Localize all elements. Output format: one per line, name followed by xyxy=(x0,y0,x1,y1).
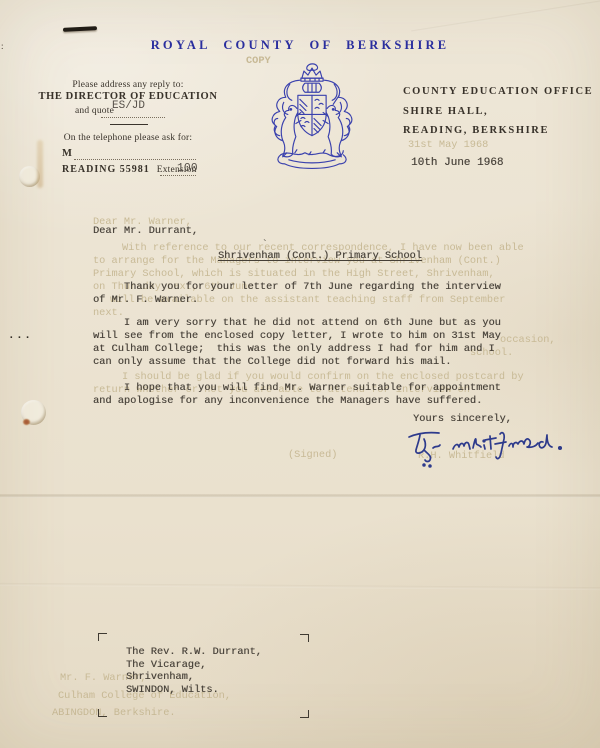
text-line: The Rev. R.W. Durrant, xyxy=(126,646,262,659)
text-line: ABINGDON, Berkshire. xyxy=(52,707,176,720)
text-line: can only assume that the College did not… xyxy=(93,356,501,369)
text-line: of Mr. F. Warner. xyxy=(93,294,501,307)
scanned-letter-page: : COPY31st May 1968Dear Mr. Warner,With … xyxy=(0,0,600,748)
text-line: will see from the enclosed copy letter, … xyxy=(93,330,501,343)
staple-mark xyxy=(63,26,97,32)
text-line: 31st May 1968 xyxy=(408,139,488,152)
office-line-1: COUNTY EDUCATION OFFICE xyxy=(403,86,593,97)
text-line: SWINDON, Wilts. xyxy=(126,684,262,697)
closing-phrase: Yours sincerely, xyxy=(413,413,512,426)
text-line: I hope that you will find Mr. Warner sui… xyxy=(93,382,501,395)
extension-value: 100 xyxy=(177,162,198,175)
extension-dotted-line xyxy=(160,175,196,176)
text-line: I am very sorry that he did not attend o… xyxy=(93,317,501,330)
text-line: Shrivenham, xyxy=(126,671,262,684)
fold-crease xyxy=(0,494,600,498)
text-line: and apologise for any inconvenience the … xyxy=(93,395,501,408)
divider-rule xyxy=(110,124,148,125)
reply-instruction: Please address any reply to: xyxy=(28,80,228,90)
window-corner-top-right xyxy=(300,634,309,642)
paper-stain xyxy=(37,140,43,188)
telephone-instruction: On the telephone please ask for: xyxy=(28,133,228,143)
salutation: Dear Mr. Durrant, xyxy=(93,225,198,238)
quote-label: and quote xyxy=(75,106,114,116)
text-line: Primary School, which is situated in the… xyxy=(93,268,495,281)
fold-crease-2 xyxy=(0,583,600,590)
letterhead-title: ROYAL COUNTY OF BERKSHIRE xyxy=(0,38,600,53)
name-dotted-line xyxy=(74,159,196,160)
rust-spot xyxy=(23,419,30,425)
office-line-3: READING, BERKSHIRE xyxy=(403,125,549,136)
window-corner-bottom-left xyxy=(98,709,107,717)
margin-dots-annotation: ... xyxy=(8,330,32,342)
text-line: Thank you for your letter of 7th June re… xyxy=(93,281,501,294)
text-line: at Culham College; this was the only add… xyxy=(93,343,501,356)
office-line-2: SHIRE HALL, xyxy=(403,106,488,117)
corner-crease xyxy=(411,0,600,32)
paragraph-2: I am very sorry that he did not attend o… xyxy=(93,317,501,369)
text-line: (Signed) xyxy=(288,449,337,462)
recipient-address: The Rev. R.W. Durrant,The Vicarage,Shriv… xyxy=(126,646,262,696)
royal-coat-of-arms-crest xyxy=(256,62,368,178)
handwritten-signature xyxy=(403,426,568,468)
text-line: The Vicarage, xyxy=(126,659,262,672)
window-corner-bottom-right xyxy=(300,710,309,718)
paragraph-3: I hope that you will find Mr. Warner sui… xyxy=(93,382,501,408)
subject-heading: Shrivenham (Cont.) Primary School xyxy=(218,250,422,263)
stray-typed-mark: ` xyxy=(263,238,267,250)
exchange-number: READING 55981 xyxy=(62,164,150,175)
text-line: occasion, xyxy=(500,334,556,347)
letter-date: 10th June 1968 xyxy=(411,157,503,170)
quote-dotted-line xyxy=(101,117,165,118)
paragraph-1: Thank you for your letter of 7th June re… xyxy=(93,281,501,307)
name-label: M xyxy=(62,148,73,159)
quote-reference-value: ES/JD xyxy=(112,100,145,112)
window-corner-top-left xyxy=(98,633,107,641)
